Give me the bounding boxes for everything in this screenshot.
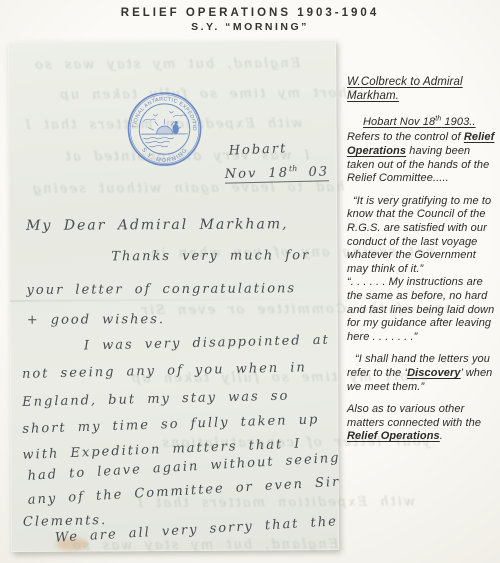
letter-salutation: My Dear Admiral Markham, <box>26 216 289 234</box>
page-title: RELIEF OPERATIONS 1903-1904 S.Y. “MORNIN… <box>0 7 500 33</box>
ink-showthrough: England, but my stay was so <box>33 56 300 73</box>
handwritten-line: Thanks very much for <box>111 248 310 264</box>
annotation-paragraph: “. . . . . . My instructions are the sam… <box>347 276 499 344</box>
letter-place: Hobart <box>228 141 287 158</box>
expedition-stamp-icon: NATIONAL ANTARCTIC EXPEDITION S.Y. MORNI… <box>126 91 202 167</box>
stamp-top-text: NATIONAL ANTARCTIC EXPEDITION <box>126 91 197 132</box>
title-line-2: S.Y. “MORNING” <box>0 21 500 33</box>
annotation-paragraph: “It is very gratifying to me to know tha… <box>347 195 499 277</box>
annotation-paragraph: Also as to various other matters connect… <box>347 403 499 444</box>
annotation-dateline: Hobart Nov 18th 1903.. <box>347 112 499 129</box>
letter-date-year: 03 <box>297 165 329 181</box>
annotation-paragraph: Refers to the control of Relief Operatio… <box>347 131 499 185</box>
handwritten-line: I was very disappointed at <box>84 333 330 354</box>
annotation-column: W.Colbreck to Admiral Markham. Hobart No… <box>347 76 499 444</box>
annotation-underlined-term: Relief Operations <box>347 430 440 442</box>
annotation-text: Also as to various other matters connect… <box>347 403 481 429</box>
ink-showthrough: had to leave again without seeing <box>31 180 344 197</box>
letter-sheet: England, but my stay was so short my tim… <box>8 40 339 552</box>
annotation-heading: W.Colbreck to Admiral Markham. <box>347 76 499 103</box>
annotation-heading-line1: W.Colbreck to Admiral <box>347 76 499 90</box>
stamp-birds-icon <box>153 111 173 116</box>
annotation-text: Refers to the control of <box>347 131 464 143</box>
annotation-heading-line2: Markham. <box>347 90 499 104</box>
annotation-date-year: 1903.. <box>441 116 475 128</box>
letter-date-ordinal: th <box>289 164 298 173</box>
letter-date-day: Nov 18 <box>225 165 290 182</box>
handwritten-line: your letter of congratulations <box>26 281 296 298</box>
annotation-paragraph: “I shall hand the letters you refer to t… <box>347 353 499 394</box>
handwritten-line: short my time so fully taken up <box>22 412 319 437</box>
title-line-1: RELIEF OPERATIONS 1903-1904 <box>0 7 500 19</box>
handwritten-line: + good wishes. <box>27 312 165 328</box>
annotation-underlined-term: Discovery <box>407 367 461 379</box>
letter-date: Nov 18th 03 <box>225 163 330 184</box>
svg-text:NATIONAL ANTARCTIC EXPEDITION: NATIONAL ANTARCTIC EXPEDITION <box>126 91 197 132</box>
annotation-text: . <box>440 430 443 442</box>
stamp-sea-icon <box>144 137 174 147</box>
stamp-sun-icon <box>157 126 173 134</box>
handwritten-line: England, but my stay was so <box>22 389 289 410</box>
ink-showthrough: short my time so fully taken up <box>58 86 355 103</box>
stamp-penguin-icon <box>172 121 178 134</box>
annotation-date-place: Hobart Nov 18 <box>363 116 435 128</box>
